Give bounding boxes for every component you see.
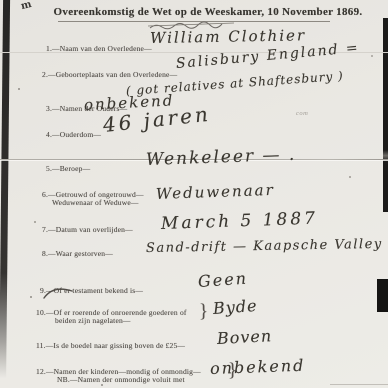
book-binding-edge (0, 0, 10, 388)
field-answer-beroep: Wenkeleer — . (146, 145, 297, 170)
field-answer-getrouwd: Weduwenaar (156, 181, 275, 203)
ink-mark: m (20, 0, 33, 12)
field-label-naam: 1.—Naam van den Overledene— (46, 44, 152, 53)
field-label-kinderen-line2: NB.—Namen der onmondige voluit met (57, 375, 185, 384)
field-answer-kinderen: onbekend (210, 356, 306, 378)
faint-smudge: com (296, 110, 308, 117)
field-label-beroep: 5.—Beroep— (46, 164, 90, 173)
horizontal-rule (330, 384, 388, 385)
field-answer-datum-overlijden: March 5 1887 (161, 209, 319, 234)
field-label-boedel: 11.—Is de boedel naar gissing boven de £… (36, 341, 185, 350)
field-label-datum-overlijden: 7.—Datum van overlijden— (42, 225, 133, 234)
field-label-waar-gestorven: 8.—Waar gestorven— (42, 249, 113, 258)
scanned-document-page: m com Overeenkomstig de Wet op de Weeska… (0, 0, 388, 388)
paper-speckles (0, 0, 2, 2)
field-label-geboorteplaats: 2.—Geboorteplaats van den Overledene— (42, 70, 177, 79)
field-label-getrouwd-line2: Weduwenaar of Weduwe— (52, 198, 139, 207)
field-answer-testament: Geen (197, 269, 248, 291)
field-label-ouderdom: 4.—Ouderdom— (46, 130, 101, 139)
field-answer-waar-gestorven: Sand-drift — Kaapsche Valley (146, 237, 383, 256)
field-answer-boedel: Boven (217, 326, 273, 348)
label-brace: } (199, 301, 208, 323)
right-edge-scan-artifact (377, 279, 388, 312)
right-edge-scan-artifact (383, 18, 388, 212)
field-answer-goederen: Byde (212, 296, 258, 318)
form-title: Overeenkomstig de Wet op de Weeskamer, 1… (40, 6, 376, 18)
field-label-goederen-line2: beiden zijn nagelaten— (55, 316, 131, 325)
field-label-testament: 9.—Of er testament bekend is— (40, 286, 143, 295)
field-answer-naam: William Clothier (150, 26, 306, 47)
